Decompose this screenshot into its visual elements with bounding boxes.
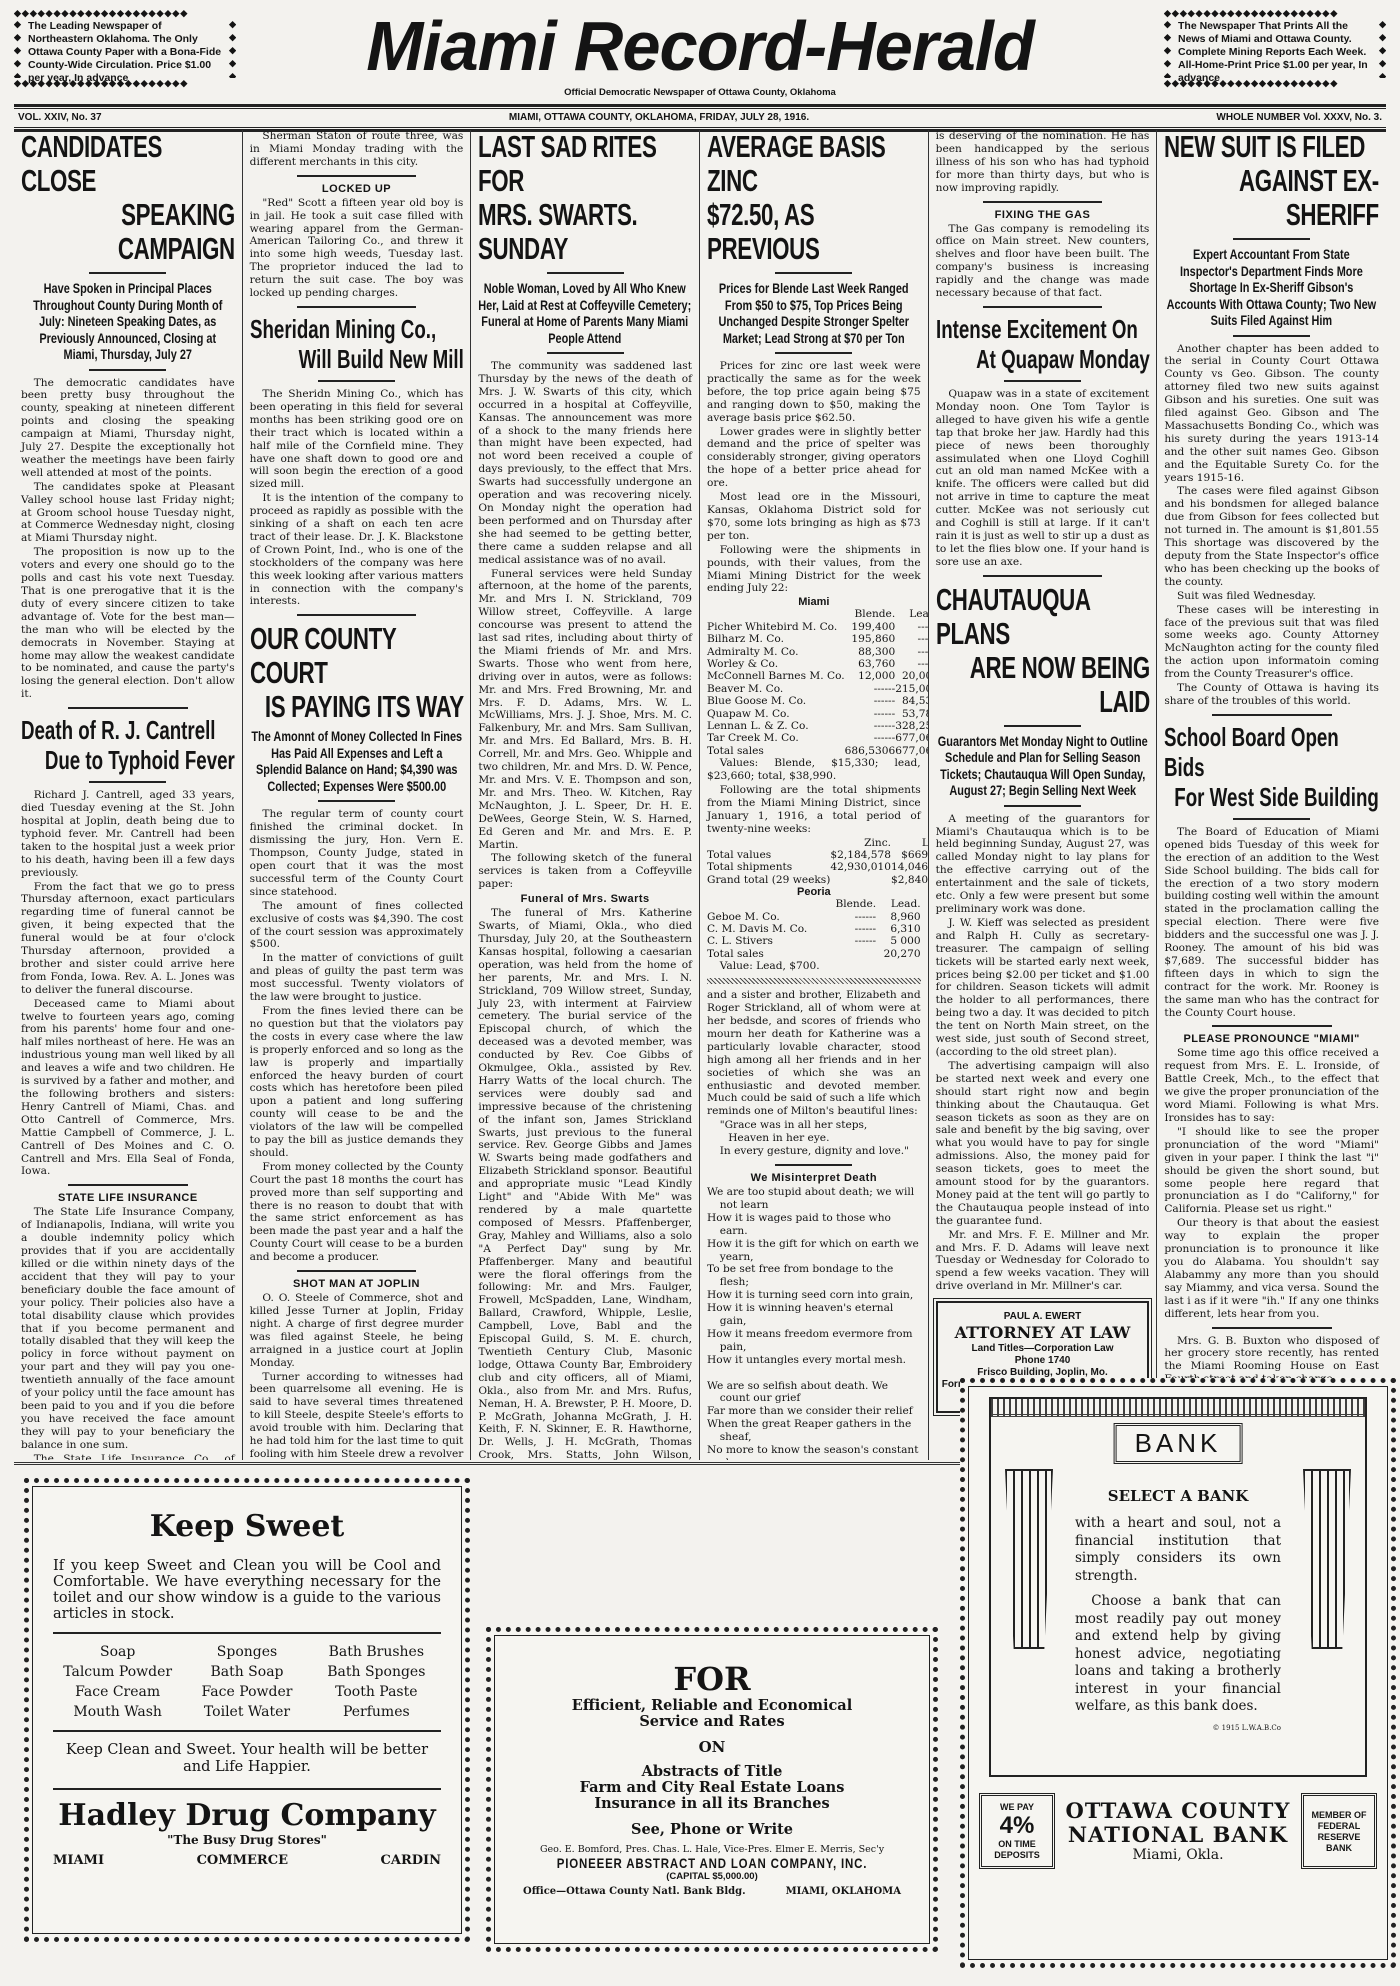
table-row: C. L. Stivers------5 000 bbox=[707, 935, 921, 947]
poem-line: How it is turning seed corn into grain, bbox=[707, 1289, 921, 1302]
column-5: is deserving of the nomination. He has b… bbox=[929, 130, 1158, 1460]
ad-towns: MIAMI COMMERCE CARDIN bbox=[53, 1853, 441, 1868]
ad-pioneer-abstract: FOR Efficient, Reliable and Economical S… bbox=[486, 1627, 938, 1952]
ad-item: Bath Sponges bbox=[312, 1662, 441, 1682]
ad-item: Bath Brushes bbox=[312, 1642, 441, 1662]
article-ex-sheriff: Another chapter has been added to the se… bbox=[1164, 343, 1379, 708]
poem-line: To be set free from bondage to the flesh… bbox=[707, 1263, 921, 1289]
left-ear-text: The Leading Newspaper of Northeastern Ok… bbox=[28, 20, 224, 85]
deck-chautauqua: Guarantors Met Monday Night to Outline S… bbox=[936, 733, 1149, 799]
cornice-icon bbox=[991, 1399, 1365, 1417]
table-row: Beaver M. Co.------215,000 bbox=[707, 683, 929, 695]
table-title-miami: Miami bbox=[707, 596, 921, 608]
right-ear-text: The Newspaper That Prints All the News o… bbox=[1178, 20, 1374, 85]
divider bbox=[1233, 818, 1310, 820]
whole-number: WHOLE NUMBER Vol. XXXV, No. 3. bbox=[1216, 109, 1382, 127]
ad-item: Face Cream bbox=[53, 1682, 182, 1702]
article-swarts: The community was saddened last Thursday… bbox=[478, 360, 692, 891]
table-row: Quapaw M. Co.------53,780 bbox=[707, 708, 929, 720]
official-line: Official Democratic Newspaper of Ottawa … bbox=[14, 87, 1386, 98]
column-3: Last Sad Rites For Mrs. Swarts. Sunday N… bbox=[471, 130, 700, 1460]
table-row: Total sales20,270 bbox=[707, 948, 921, 960]
bank-sign: BANK bbox=[1114, 1423, 1243, 1464]
wavy-divider bbox=[707, 978, 921, 984]
deck-candidates: Have Spoken in Principal Places Througho… bbox=[21, 280, 234, 363]
divider bbox=[68, 707, 188, 709]
poem-line: We are too stupid about death; we will n… bbox=[707, 1186, 921, 1212]
article-pronounce-miami: Some time ago this office received a req… bbox=[1164, 1047, 1379, 1320]
table-row: Total shipments42,930,01014,046,060 bbox=[707, 861, 929, 873]
headline-school-board: School Board Open Bids For West Side Bui… bbox=[1164, 722, 1379, 812]
right-ear-box: ◆◆◆◆◆◆◆◆◆◆◆◆◆◆◆◆◆◆◆◆◆◆ ◆◆◆◆◆ The Newspap… bbox=[1164, 8, 1386, 88]
divider bbox=[775, 272, 852, 274]
ad-item: Talcum Powder bbox=[53, 1662, 182, 1682]
article-county-court: The regular term of county court finishe… bbox=[250, 808, 464, 1264]
column-1: Candidates Close Speaking Campaign Have … bbox=[14, 130, 243, 1460]
poem-line: No more to know the season's constant ch… bbox=[707, 1444, 921, 1460]
divider bbox=[89, 369, 166, 371]
folio-line: VOL. XXIV, No. 37 MIAMI, OTTAWA COUNTY, … bbox=[14, 109, 1386, 127]
ad-hadley-drug: Keep Sweet If you keep Sweet and Clean y… bbox=[24, 1478, 470, 1942]
deck-swarts: Noble Woman, Loved by All Who Knew Her, … bbox=[479, 280, 692, 346]
column-4: Average Basis Zinc $72.50, As Previous P… bbox=[700, 130, 929, 1460]
column-6: New Suit Is Filed Against Ex-Sheriff Exp… bbox=[1157, 130, 1386, 1460]
diamond-border-icon: ◆◆◆◆◆ bbox=[14, 18, 24, 78]
divider bbox=[297, 306, 417, 308]
milton-quote: "Grace was in all her steps, Heaven in h… bbox=[707, 1119, 921, 1158]
table-row: Tar Creek M. Co.------677,060 bbox=[707, 732, 929, 744]
divider bbox=[68, 1184, 188, 1186]
table-row: C. M. Davis M. Co.------6,310 bbox=[707, 923, 921, 935]
divider bbox=[1212, 1327, 1332, 1329]
ad-intro: If you keep Sweet and Clean you will be … bbox=[53, 1558, 441, 1622]
deck-ex-sheriff: Expert Accountant From State Inspector's… bbox=[1165, 246, 1379, 329]
diamond-border-icon: ◆◆◆◆◆ bbox=[1164, 18, 1174, 78]
table-row: Blue Goose M. Co.------84,530 bbox=[707, 695, 929, 707]
subhead-locked-up: LOCKED UP bbox=[250, 183, 464, 195]
ad-company-name: PIONEEER ABSTRACT AND LOAN COMPANY, INC. bbox=[547, 1855, 877, 1871]
divider bbox=[89, 781, 166, 783]
table-row: Grand total (29 weeks)$2,840,881 bbox=[707, 874, 929, 886]
headline-sheridan: Sheridan Mining Co., Will Build New Mill bbox=[250, 314, 464, 374]
article-chautauqua: A meeting of the guarantors for Miami's … bbox=[936, 813, 1150, 1294]
subhead-pronounce-miami: PLEASE PRONOUNCE "MIAMI" bbox=[1164, 1033, 1379, 1045]
divider bbox=[89, 272, 166, 274]
ad-item: Toilet Water bbox=[182, 1702, 311, 1722]
table-title-peoria: Peoria bbox=[707, 886, 921, 898]
ad-officers: Geo. E. Bomford, Pres. Chas. L. Hale, Vi… bbox=[511, 1844, 913, 1855]
divider bbox=[1004, 380, 1081, 382]
divider bbox=[983, 201, 1103, 203]
table-row: Bilharz M. Co.195,860------ bbox=[707, 633, 929, 645]
ad-address: Office—Ottawa County Natl. Bank Bldg. MI… bbox=[511, 1886, 913, 1897]
headline-quapaw: Intense Excitement On At Quapaw Monday bbox=[936, 314, 1150, 374]
headline-chautauqua: Chautauqua Plans Are Now Being Laid bbox=[936, 583, 1150, 719]
masthead: ◆◆◆◆◆◆◆◆◆◆◆◆◆◆◆◆◆◆◆◆◆◆ ◆◆◆◆◆ The Leading… bbox=[14, 6, 1386, 104]
poem-line: When the great Reaper gathers in the she… bbox=[707, 1418, 921, 1444]
table-season-totals: Zinc.Lead.Total values$2,184,578$669,303… bbox=[707, 837, 929, 887]
ad-for-heading: FOR bbox=[511, 1660, 913, 1698]
season-intro: Following are the total shipments from t… bbox=[707, 784, 921, 836]
article-funeral: The funeral of Mrs. Katherine Swarts, of… bbox=[478, 907, 692, 1460]
headline-county-court: Our County Court Is Paying Its Way bbox=[250, 622, 464, 724]
ad-tagline: Keep Clean and Sweet. Your health will b… bbox=[53, 1742, 441, 1776]
table-row: Blende.Lead. bbox=[707, 608, 929, 620]
divider bbox=[297, 1270, 417, 1272]
table-row: Total sales686,5306677,060 bbox=[707, 745, 929, 757]
divider bbox=[1212, 714, 1332, 716]
poem-line: We are so selfish about death. We count … bbox=[707, 1380, 921, 1406]
ad-item: Soap bbox=[53, 1642, 182, 1662]
headline-candidates: Candidates Close Speaking Campaign bbox=[21, 130, 235, 266]
headline-swarts: Last Sad Rites For Mrs. Swarts. Sunday bbox=[478, 130, 692, 266]
poem-misinterpret-death: We are too stupid about death; we will n… bbox=[707, 1186, 921, 1460]
ad-slogan: "The Busy Drug Stores" bbox=[53, 1833, 441, 1847]
diamond-border-icon: ◆◆◆◆◆◆◆◆◆◆◆◆◆◆◆◆◆◆◆◆◆◆ bbox=[14, 8, 236, 18]
poem-line: How it is the gift for which on earth we… bbox=[707, 1238, 921, 1264]
ad-item: Face Powder bbox=[182, 1682, 311, 1702]
article-locked-up: "Red" Scott a fifteen year old boy is in… bbox=[250, 197, 464, 300]
divider bbox=[1212, 1025, 1332, 1027]
divider bbox=[775, 352, 852, 354]
newspaper-title: Miami Record-Herald bbox=[253, 6, 1147, 86]
dateline: MIAMI, OTTAWA COUNTY, OKLAHOMA, FRIDAY, … bbox=[509, 109, 809, 127]
article-gas: The Gas company is remodeling its office… bbox=[936, 223, 1150, 300]
divider bbox=[983, 306, 1103, 308]
swarts-continued: and a sister and brother, Elizabeth and … bbox=[707, 989, 921, 1118]
divider bbox=[547, 352, 624, 354]
miami-values: Values: Blende, $15,330; lead, $23,660; … bbox=[707, 757, 921, 783]
walker-continued: is deserving of the nomination. He has b… bbox=[936, 130, 1150, 195]
ad-company-name: Hadley Drug Company bbox=[53, 1788, 441, 1833]
article-candidates: The democratic candidates have been pret… bbox=[21, 377, 235, 702]
ad-item: Sponges bbox=[182, 1642, 311, 1662]
ad-title: Keep Sweet bbox=[53, 1509, 441, 1544]
table-row: Worley & Co.63,760------ bbox=[707, 658, 929, 670]
item-staton: Sherman Staton of route three, was in Mi… bbox=[250, 130, 464, 169]
federal-reserve-box: MEMBER OF FEDERAL RESERVE BANK bbox=[1301, 1793, 1377, 1869]
table-miami-shipments: Blende.Lead.Picher Whitebird M. Co.199,4… bbox=[707, 608, 929, 757]
poem-line: How it is winning heaven's eternal gain, bbox=[707, 1302, 921, 1328]
poem-line: How it means freedom evermore from pain, bbox=[707, 1328, 921, 1354]
subhead-insurance: STATE LIFE INSURANCE bbox=[21, 1192, 235, 1204]
article-joplin: O. O. Steele of Commerce, shot and kille… bbox=[250, 1292, 464, 1460]
pillar-icon bbox=[1005, 1469, 1053, 1649]
columns: Candidates Close Speaking Campaign Have … bbox=[14, 130, 1386, 1460]
poem-line: Far more than we consider their relief bbox=[707, 1405, 921, 1418]
headline-ex-sheriff: New Suit Is Filed Against Ex-Sheriff bbox=[1164, 130, 1379, 232]
table-row: Total values$2,184,578$669,303 bbox=[707, 849, 929, 861]
newspaper-page: ◆◆◆◆◆◆◆◆◆◆◆◆◆◆◆◆◆◆◆◆◆◆ ◆◆◆◆◆ The Leading… bbox=[0, 0, 1400, 1986]
poem-title: We Misinterpret Death bbox=[707, 1172, 921, 1184]
subhead-funeral: Funeral of Mrs. Swarts bbox=[478, 893, 692, 905]
ad-item-list: SoapSpongesBath BrushesTalcum PowderBath… bbox=[53, 1632, 441, 1732]
headline-cantrell: Death of R. J. Cantrell Due to Typhoid F… bbox=[21, 715, 235, 775]
divider bbox=[318, 800, 395, 802]
ad-item: Perfumes bbox=[312, 1702, 441, 1722]
ad-ottawa-county-bank: BANK SELECT A BANK with a heart and soul… bbox=[960, 1378, 1396, 1968]
article-school-board: The Board of Education of Miami opened b… bbox=[1164, 826, 1379, 1020]
table-row: Admiralty M. Co.88,300------ bbox=[707, 646, 929, 658]
article-sheridan: The Sheridn Mining Co., which has been o… bbox=[250, 388, 464, 608]
divider bbox=[1233, 238, 1310, 240]
pillar-icon bbox=[1303, 1469, 1351, 1649]
left-ear-box: ◆◆◆◆◆◆◆◆◆◆◆◆◆◆◆◆◆◆◆◆◆◆ ◆◆◆◆◆ The Leading… bbox=[14, 8, 236, 88]
column-2: Sherman Staton of route three, was in Mi… bbox=[243, 130, 472, 1460]
table-row: McConnell Barnes M. Co.12,00020,000 bbox=[707, 670, 929, 682]
article-zinc: Prices for zinc ore last week were pract… bbox=[707, 360, 921, 595]
peoria-values: Value: Lead, $700. bbox=[707, 960, 921, 973]
diamond-border-icon: ◆◆◆◆◆◆◆◆◆◆◆◆◆◆◆◆◆◆◆◆◆◆ bbox=[1164, 8, 1386, 18]
bank-copy: SELECT A BANK with a heart and soul, not… bbox=[1075, 1487, 1281, 1732]
ad-item: Bath Soap bbox=[182, 1662, 311, 1682]
divider bbox=[318, 380, 395, 382]
diamond-border-icon: ◆◆◆◆◆ bbox=[226, 18, 236, 78]
ad-item: Tooth Paste bbox=[312, 1682, 441, 1702]
divider bbox=[775, 1164, 852, 1166]
deck-county-court: The Amonnt of Money Collected In Fines H… bbox=[250, 728, 463, 794]
divider bbox=[1004, 805, 1081, 807]
table-row: Zinc.Lead. bbox=[707, 837, 929, 849]
table-row: Geboe M. Co.------8,960 bbox=[707, 911, 921, 923]
article-insurance: The State Life Insurance Company, of Ind… bbox=[21, 1206, 235, 1460]
subhead-joplin: SHOT MAN AT JOPLIN bbox=[250, 1278, 464, 1290]
deck-zinc: Prices for Blende Last Week Ranged From … bbox=[707, 280, 920, 346]
subhead-gas: FIXING THE GAS bbox=[936, 209, 1150, 221]
volume-number: VOL. XXIV, No. 37 bbox=[18, 109, 102, 127]
divider bbox=[547, 272, 624, 274]
diamond-border-icon: ◆◆◆◆◆ bbox=[1376, 18, 1386, 78]
poem-line: How it is wages paid to those who earn. bbox=[707, 1212, 921, 1238]
divider bbox=[983, 575, 1103, 577]
divider bbox=[1004, 725, 1081, 727]
poem-line: How it untangles every mortal mesh. bbox=[707, 1354, 921, 1367]
interest-rate-box: WE PAY 4% ON TIME DEPOSITS bbox=[979, 1793, 1055, 1869]
poem-line bbox=[707, 1367, 921, 1380]
divider bbox=[1233, 335, 1310, 337]
table-peoria-shipments: Blende.Lead.Geboe M. Co.------8,960C. M.… bbox=[707, 898, 921, 960]
bank-name: OTTAWA COUNTY NATIONAL BANK Miami, Okla. bbox=[1063, 1799, 1293, 1863]
divider bbox=[297, 614, 417, 616]
divider bbox=[297, 175, 417, 177]
table-row: Picher Whitebird M. Co.199,400------ bbox=[707, 621, 929, 633]
table-row: Blende.Lead. bbox=[707, 898, 921, 910]
headline-zinc: Average Basis Zinc $72.50, As Previous bbox=[707, 130, 921, 266]
bank-footer: WE PAY 4% ON TIME DEPOSITS OTTAWA COUNTY… bbox=[979, 1793, 1377, 1869]
article-cantrell: Richard J. Cantrell, aged 33 years, died… bbox=[21, 789, 235, 1178]
ad-item: Mouth Wash bbox=[53, 1702, 182, 1722]
table-row: Lennan L. & Z. Co.------328,250 bbox=[707, 720, 929, 732]
article-quapaw: Quapaw was in a state of excitement Mond… bbox=[936, 388, 1150, 569]
bank-facade-illustration: BANK SELECT A BANK with a heart and soul… bbox=[989, 1397, 1367, 1777]
